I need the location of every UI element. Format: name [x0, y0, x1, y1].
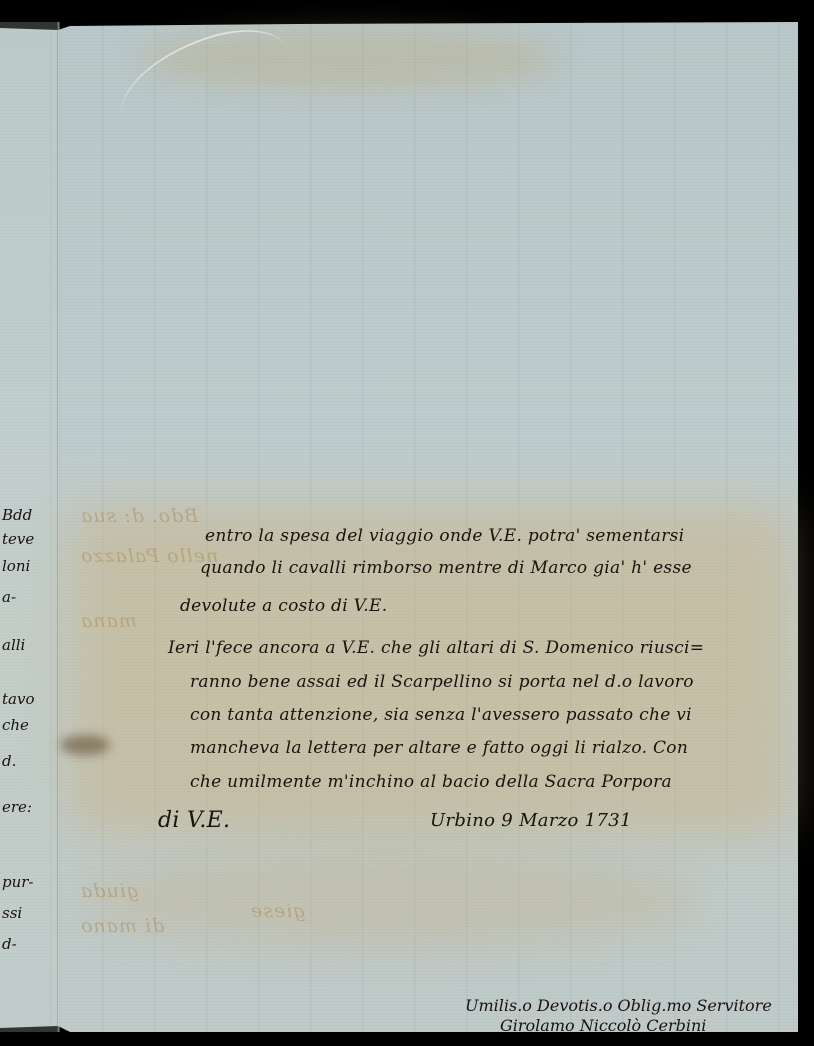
margin-fragment: loni [2, 557, 30, 575]
margin-fragment: ssi [2, 904, 22, 922]
letter-line: con tanta attenzione, sia senza l'avesse… [190, 705, 692, 725]
letter-line: mancheva la lettera per altare e fatto o… [190, 738, 688, 758]
bleed-through-line: mana [80, 610, 137, 632]
margin-fragment: che [2, 716, 29, 734]
closing-formula: di V.E. [158, 808, 230, 833]
bleed-through-line: Bdo. d: sua [80, 505, 198, 527]
signature-line-1: Umilis.o Devotis.o Oblig.mo Servitore [465, 996, 772, 1015]
margin-fragment: alli [2, 636, 25, 654]
bleed-through-line: giese [250, 900, 305, 922]
letter-line: che umilmente m'inchino al bacio della S… [190, 772, 672, 792]
letter-line: quando li cavalli rimborso mentre di Mar… [200, 558, 692, 578]
margin-fragment: Bdd [2, 506, 32, 524]
margin-fragment: a- [2, 588, 16, 606]
letter-line: entro la spesa del viaggio onde V.E. pot… [205, 526, 684, 546]
margin-fragment: teve [2, 530, 34, 548]
stain-lower [80, 850, 700, 950]
margin-fragment: pur- [2, 873, 34, 891]
bleed-through-line: nello Palazzo [80, 545, 218, 567]
margin-fragment: ere: [2, 798, 32, 816]
bleed-through-line: di mano [80, 915, 164, 937]
bleed-through-line: giuda [80, 880, 139, 902]
letter-line: devolute a costo di V.E. [180, 596, 387, 616]
margin-fragment: d. [2, 752, 16, 770]
place-date: Urbino 9 Marzo 1731 [430, 810, 632, 831]
letter-line: ranno bene assai ed il Scarpellino si po… [190, 672, 694, 692]
signature-line-2: Girolamo Niccolò Cerbini [500, 1016, 706, 1035]
letter-line: Ieri l'fece ancora a V.E. che gli altari… [168, 638, 704, 658]
margin-fragment: tavo [2, 690, 34, 708]
margin-fragment: d- [2, 935, 17, 953]
ink-blot [60, 735, 110, 755]
fold-crease [57, 22, 60, 1032]
